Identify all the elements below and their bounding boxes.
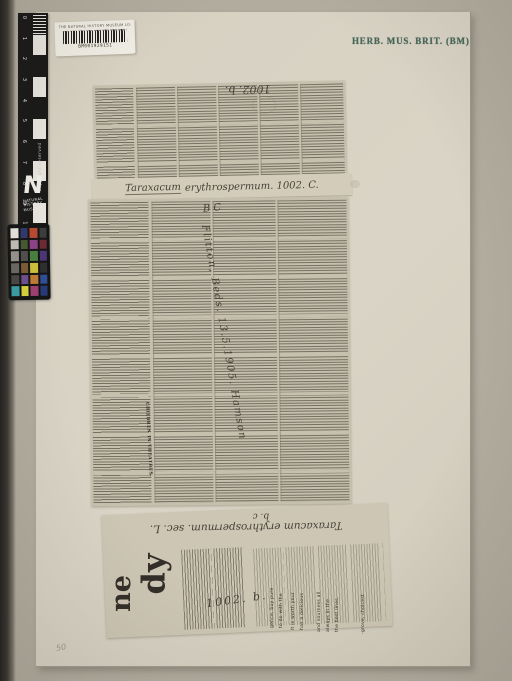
newsprint-column xyxy=(218,85,259,176)
ruler-number: 0 xyxy=(22,16,27,19)
scale-bar: 0 1 2 3 4 5 6 7 8 9 10 copyright reserve… xyxy=(18,13,48,231)
barcode-label: THE NATURAL HISTORY MUSEUM LONDON BM0019… xyxy=(54,20,135,57)
color-patch xyxy=(11,275,19,285)
newsprint-column xyxy=(95,88,135,179)
barcode xyxy=(63,29,127,44)
newspaper-side-text: gence, buy pure xyxy=(270,588,275,628)
nhm-logo: N NATURAL HISTORY MUSEUM xyxy=(18,173,48,211)
newsprint-sideways xyxy=(181,547,248,630)
color-patch xyxy=(30,263,38,273)
ruler-cm-block xyxy=(33,77,46,97)
scanner-bed-edge xyxy=(0,0,16,681)
handwritten-determination-bottom: Taraxacum erythrospermum. sec. L. b. c xyxy=(115,509,377,536)
color-patch xyxy=(30,286,38,296)
herbarium-scan: 0 1 2 3 4 5 6 7 8 9 10 copyright reserve… xyxy=(0,0,512,681)
color-patch xyxy=(29,228,37,238)
color-patch xyxy=(39,251,47,261)
color-calibration-chart xyxy=(7,224,50,301)
newsprint-column xyxy=(136,87,177,178)
color-patch xyxy=(20,251,28,261)
color-patch xyxy=(30,251,38,261)
newsprint-column xyxy=(300,83,345,174)
newspaper-side-text: always in the xyxy=(326,599,331,632)
ruler-number: 5 xyxy=(22,119,27,122)
newspaper-side-text: It is worth your xyxy=(291,592,296,630)
color-patch xyxy=(40,274,48,284)
taxon-genus: Taraxacum xyxy=(125,182,181,195)
color-patch xyxy=(11,287,19,297)
newspaper-side-text: the best lines. xyxy=(335,596,340,632)
color-patch xyxy=(39,228,47,238)
stain-mark xyxy=(252,96,276,114)
ruler-number: 4 xyxy=(22,99,27,102)
color-patch xyxy=(11,252,19,262)
color-patch xyxy=(30,240,38,250)
herbarium-stamp: HERB. MUS. BRIT. (BM) xyxy=(352,36,470,46)
color-patch xyxy=(20,240,28,250)
newsprint-column xyxy=(90,202,151,504)
newspaper-side-text: -grove, choicest xyxy=(361,594,366,634)
color-patch xyxy=(40,263,48,273)
nhm-logo-n: N xyxy=(22,173,45,197)
handwritten-bc-mark: B C xyxy=(202,202,221,215)
newspaper-side-text: has a delicious xyxy=(300,593,305,630)
ruler-mm-ticks xyxy=(33,15,46,34)
newspaper-clipping-main xyxy=(88,197,351,507)
color-patch xyxy=(30,275,38,285)
ruler-number: 1 xyxy=(22,37,27,40)
newspaper-side-text: to do with the xyxy=(279,593,284,628)
ruler-number: 6 xyxy=(22,140,27,143)
color-patch xyxy=(21,263,29,273)
ruler-number: 7 xyxy=(22,161,27,164)
nhm-logo-words: NATURAL HISTORY MUSEUM xyxy=(18,198,48,211)
color-patch xyxy=(11,240,19,250)
handwritten-number-top: 1002. b. xyxy=(225,82,271,97)
newspaper-clipping-top xyxy=(93,80,347,181)
newsprint-column xyxy=(277,200,349,502)
color-patch xyxy=(21,286,29,296)
ruler-number: 3 xyxy=(22,78,27,81)
ruler-cm-block xyxy=(33,35,46,55)
stain-mark xyxy=(350,180,360,188)
color-patch xyxy=(10,228,18,238)
color-patch xyxy=(40,286,48,296)
color-patch xyxy=(20,228,28,238)
color-patch xyxy=(39,239,47,249)
newsprint-column xyxy=(177,86,218,177)
newspaper-big-letters-ne: ne xyxy=(108,575,135,612)
color-patch xyxy=(21,275,29,285)
taxon-epithet: erythrospermum. 1002. C. xyxy=(185,179,319,193)
newspaper-side-text: and sourness all xyxy=(317,591,322,632)
barcode-number: BM001929151 xyxy=(59,43,131,51)
color-patch xyxy=(11,263,19,273)
ruler-number: 2 xyxy=(22,57,27,60)
newspaper-big-letters-dy: dy xyxy=(137,554,169,595)
